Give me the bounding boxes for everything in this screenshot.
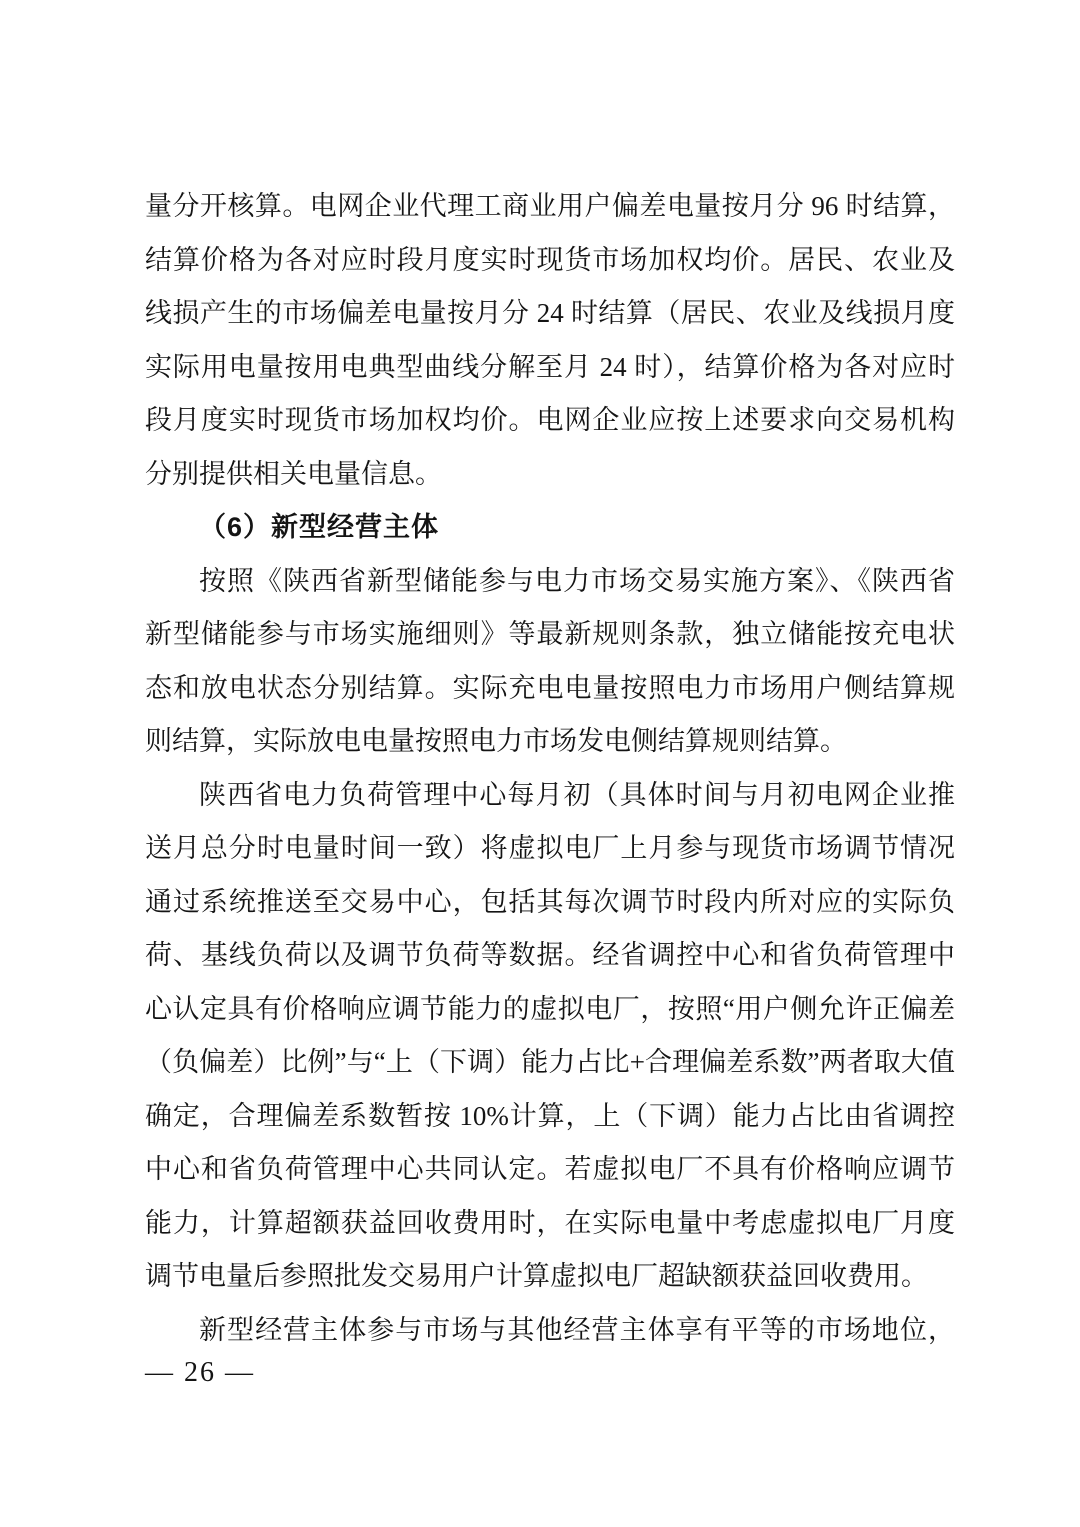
- section-heading: （6）新型经营主体: [145, 501, 955, 555]
- text-line: 则结算，实际放电电量按照电力市场发电侧结算规则结算。: [145, 715, 955, 769]
- page-number: — 26 —: [145, 1356, 255, 1390]
- text-line: 按照《陕西省新型储能参与电力市场交易实施方案》、《陕西省: [145, 555, 955, 609]
- text-line: 心认定具有价格响应调节能力的虚拟电厂，按照“用户侧允许正偏差: [145, 983, 955, 1037]
- text-line: （负偏差）比例”与“上（下调）能力占比+合理偏差系数”两者取大值: [145, 1036, 955, 1090]
- text-line: 能力，计算超额获益回收费用时，在实际电量中考虑虚拟电厂月度: [145, 1197, 955, 1251]
- text-line: 分别提供相关电量信息。: [145, 448, 955, 502]
- text-line: 实际用电量按用电典型曲线分解至月 24 时），结算价格为各对应时: [145, 341, 955, 395]
- document-body: 量分开核算。电网企业代理工商业用户偏差电量按月分 96 时结算，结算价格为各对应…: [145, 180, 955, 1357]
- text-line: 中心和省负荷管理中心共同认定。若虚拟电厂不具有价格响应调节: [145, 1143, 955, 1197]
- text-line: 调节电量后参照批发交易用户计算虚拟电厂超缺额获益回收费用。: [145, 1250, 955, 1304]
- text-line: 新型储能参与市场实施细则》等最新规则条款，独立储能按充电状: [145, 608, 955, 662]
- text-line: 态和放电状态分别结算。实际充电电量按照电力市场用户侧结算规: [145, 662, 955, 716]
- text-line: 线损产生的市场偏差电量按月分 24 时结算（居民、农业及线损月度: [145, 287, 955, 341]
- text-line: 荷、基线负荷以及调节负荷等数据。经省调控中心和省负荷管理中: [145, 929, 955, 983]
- text-line: 确定，合理偏差系数暂按 10%计算，上（下调）能力占比由省调控: [145, 1090, 955, 1144]
- text-line: 结算价格为各对应时段月度实时现货市场加权均价。居民、农业及: [145, 234, 955, 288]
- text-line: 陕西省电力负荷管理中心每月初（具体时间与月初电网企业推: [145, 769, 955, 823]
- text-line: 通过系统推送至交易中心，包括其每次调节时段内所对应的实际负: [145, 876, 955, 930]
- text-line: 新型经营主体参与市场与其他经营主体享有平等的市场地位，: [145, 1304, 955, 1358]
- text-line: 送月总分时电量时间一致）将虚拟电厂上月参与现货市场调节情况: [145, 822, 955, 876]
- text-line: 段月度实时现货市场加权均价。电网企业应按上述要求向交易机构: [145, 394, 955, 448]
- document-page: 量分开核算。电网企业代理工商业用户偏差电量按月分 96 时结算，结算价格为各对应…: [0, 0, 1080, 1527]
- text-line: 量分开核算。电网企业代理工商业用户偏差电量按月分 96 时结算，: [145, 180, 955, 234]
